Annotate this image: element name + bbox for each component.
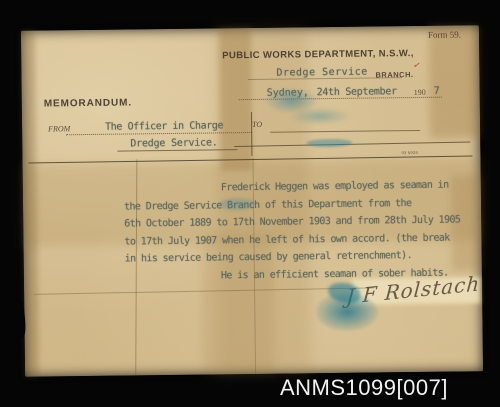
- archive-label: ANMS1099[007]: [280, 375, 448, 401]
- memorandum-heading: MEMORANDUM.: [44, 97, 132, 109]
- memorandum-document: Form 59. PUBLIC WORKS DEPARTMENT, N.S.W.…: [21, 25, 483, 377]
- from-value-line1: The Officer in Charge: [105, 120, 223, 132]
- red-check-mark: ✓: [413, 59, 422, 69]
- body-line: 6th October 1889 to 17th November 1903 a…: [124, 214, 460, 229]
- photograph-background: Form 59. PUBLIC WORKS DEPARTMENT, N.S.W.…: [0, 0, 500, 407]
- to-underline: [270, 119, 420, 133]
- date-place: Sydney,: [267, 87, 309, 99]
- header-rule-partial: [234, 142, 470, 148]
- date-year-printed: 190: [414, 88, 426, 97]
- body-line: Frederick Heggen was employed as seaman …: [221, 180, 449, 194]
- body-line: in his service being caused by general r…: [125, 250, 412, 265]
- header-rule-full: [29, 156, 473, 164]
- body-line: to 17th July 1907 when he left of his ow…: [124, 233, 449, 248]
- stain-right-top: [429, 25, 480, 138]
- crease-horizontal: [34, 287, 374, 295]
- date-day: 24th September: [317, 86, 397, 98]
- from-value-line2: Dredge Service.: [130, 137, 217, 149]
- form-number: Form 59.: [428, 29, 461, 39]
- date-year-typed: 7: [434, 86, 440, 97]
- printer-mark: 93 5929: [401, 150, 418, 155]
- column-divider-line: [251, 112, 253, 156]
- branch-value: Dredge Service: [276, 67, 367, 79]
- to-label: TO: [252, 120, 262, 129]
- body-line: the Dredge Service Branch of this Depart…: [124, 198, 411, 213]
- department-heading: PUBLIC WORKS DEPARTMENT, N.S.W.,: [222, 48, 414, 61]
- branch-label: BRANCH.: [375, 70, 413, 79]
- body-paragraph: Frederick Heggen was employed as seaman …: [21, 25, 479, 31]
- crease-vertical-left: [135, 159, 137, 375]
